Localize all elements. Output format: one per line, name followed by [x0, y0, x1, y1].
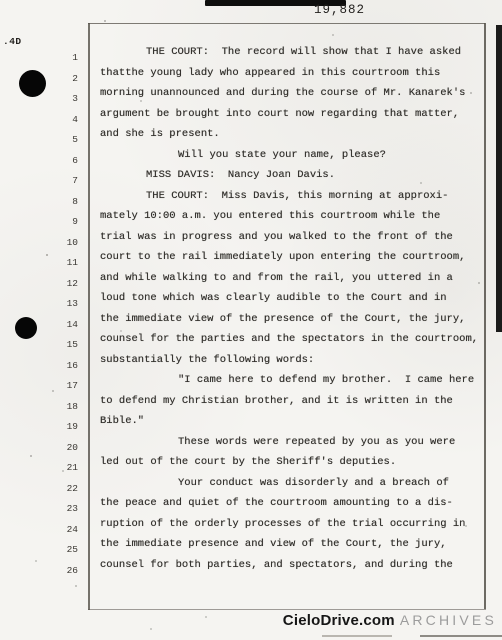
line-number: 21 — [60, 458, 78, 479]
line-number: 13 — [60, 294, 78, 315]
line-number: 25 — [60, 540, 78, 561]
box-border-top — [88, 23, 485, 24]
line-text: mately 10:00 a.m. you entered this court… — [100, 206, 440, 227]
line-number: 16 — [60, 356, 78, 377]
transcript-line: 17"I came here to defend my brother. I c… — [60, 370, 484, 391]
line-number: 7 — [60, 171, 78, 192]
line-text: the peace and quiet of the courtroom amo… — [100, 493, 453, 514]
line-number: 18 — [60, 397, 78, 418]
transcript-line: 12and while walking to and from the rail… — [60, 268, 484, 289]
transcript-line: 16substantially the following words: — [60, 350, 484, 371]
line-text: the immediate presence and view of the C… — [100, 534, 447, 555]
margin-label: .4D — [3, 36, 22, 47]
watermark-archives-label: ARCHIVES — [400, 612, 497, 628]
line-number: 2 — [60, 69, 78, 90]
transcript-line: 13loud tone which was clearly audible to… — [60, 288, 484, 309]
transcript-line: 10trial was in progress and you walked t… — [60, 227, 484, 248]
transcript-line: 18to defend my Christian brother, and it… — [60, 391, 484, 412]
line-text: Your conduct was disorderly and a breach… — [100, 473, 449, 494]
transcript-line: 11court to the rail immediately upon ent… — [60, 247, 484, 268]
line-text: Will you state your name, please? — [100, 145, 386, 166]
line-text: MISS DAVIS: Nancy Joan Davis. — [100, 165, 335, 186]
line-number: 22 — [60, 479, 78, 500]
transcript-line: 5and she is present. — [60, 124, 484, 145]
line-text: These words were repeated by you as you … — [100, 432, 455, 453]
transcript-line: 1THE COURT: The record will show that I … — [60, 42, 484, 63]
transcript-line: 7MISS DAVIS: Nancy Joan Davis. — [60, 165, 484, 186]
line-number: 17 — [60, 376, 78, 397]
line-number: 15 — [60, 335, 78, 356]
line-text: and while walking to and from the rail, … — [100, 268, 453, 289]
line-number: 12 — [60, 274, 78, 295]
line-text: argument be brought into court now regar… — [100, 104, 459, 125]
line-text: "I came here to defend my brother. I cam… — [100, 370, 474, 391]
watermark: CieloDrive.comARCHIVES — [283, 612, 497, 630]
line-number: 10 — [60, 233, 78, 254]
line-text: and she is present. — [100, 124, 220, 145]
line-text: THE COURT: Miss Davis, this morning at a… — [100, 186, 448, 207]
transcript-page-scan: 19,882 .4D 1THE COURT: The record will s… — [0, 0, 502, 640]
page-number: 19,882 — [314, 3, 365, 17]
transcript-line: 9mately 10:00 a.m. you entered this cour… — [60, 206, 484, 227]
line-number: 26 — [60, 561, 78, 582]
scan-speckles — [0, 0, 2, 2]
line-number: 14 — [60, 315, 78, 336]
line-number: 11 — [60, 253, 78, 274]
line-number: 20 — [60, 438, 78, 459]
transcript-line: 8THE COURT: Miss Davis, this morning at … — [60, 186, 484, 207]
hole-punch-top — [19, 70, 46, 97]
line-number: 4 — [60, 110, 78, 131]
line-number: 9 — [60, 212, 78, 233]
transcript-line: 24ruption of the orderly processes of th… — [60, 514, 484, 535]
transcript-line: 22Your conduct was disorderly and a brea… — [60, 473, 484, 494]
line-text: the immediate view of the presence of th… — [100, 309, 465, 330]
transcript-line: 26counsel for both parties, and spectato… — [60, 555, 484, 576]
line-text: to defend my Christian brother, and it i… — [100, 391, 453, 412]
line-number: 1 — [60, 48, 78, 69]
transcript-line: 23the peace and quiet of the courtroom a… — [60, 493, 484, 514]
line-text: court to the rail immediately upon enter… — [100, 247, 465, 268]
watermark-brand: CieloDrive.com — [283, 612, 395, 629]
transcript-line: 20These words were repeated by you as yo… — [60, 432, 484, 453]
line-text: trial was in progress and you walked to … — [100, 227, 453, 248]
box-border-right — [484, 23, 486, 609]
hole-punch-middle — [15, 317, 37, 339]
transcript-line: 4argument be brought into court now rega… — [60, 104, 484, 125]
line-text: loud tone which was clearly audible to t… — [100, 288, 447, 309]
line-number: 5 — [60, 130, 78, 151]
line-text: thatthe young lady who appeared in this … — [100, 63, 440, 84]
watermark-underline-right — [420, 635, 502, 637]
transcript-line: 15counsel for the parties and the specta… — [60, 329, 484, 350]
transcript-lines: 1THE COURT: The record will show that I … — [60, 42, 484, 575]
transcript-line: 25the immediate presence and view of the… — [60, 534, 484, 555]
line-text: THE COURT: The record will show that I h… — [100, 42, 461, 63]
line-text: ruption of the orderly processes of the … — [100, 514, 465, 535]
line-number: 23 — [60, 499, 78, 520]
line-text: counsel for the parties and the spectato… — [100, 329, 478, 350]
line-number: 3 — [60, 89, 78, 110]
line-text: counsel for both parties, and spectators… — [100, 555, 453, 576]
transcript-line: 21led out of the court by the Sheriff's … — [60, 452, 484, 473]
line-number: 19 — [60, 417, 78, 438]
box-border-bottom — [88, 609, 486, 610]
transcript-line: 3morning unannounced and during the cour… — [60, 83, 484, 104]
watermark-underline-left — [322, 635, 392, 637]
line-text: morning unannounced and during the cours… — [100, 83, 465, 104]
line-number: 24 — [60, 520, 78, 541]
transcript-line: 14the immediate view of the presence of … — [60, 309, 484, 330]
line-text: led out of the court by the Sheriff's de… — [100, 452, 396, 473]
line-text: substantially the following words: — [100, 350, 314, 371]
scan-right-edge-line — [496, 25, 502, 332]
transcript-line: 6Will you state your name, please? — [60, 145, 484, 166]
transcript-line: 19Bible." — [60, 411, 484, 432]
line-number: 8 — [60, 192, 78, 213]
line-number: 6 — [60, 151, 78, 172]
transcript-line: 2thatthe young lady who appeared in this… — [60, 63, 484, 84]
line-text: Bible." — [100, 411, 144, 432]
